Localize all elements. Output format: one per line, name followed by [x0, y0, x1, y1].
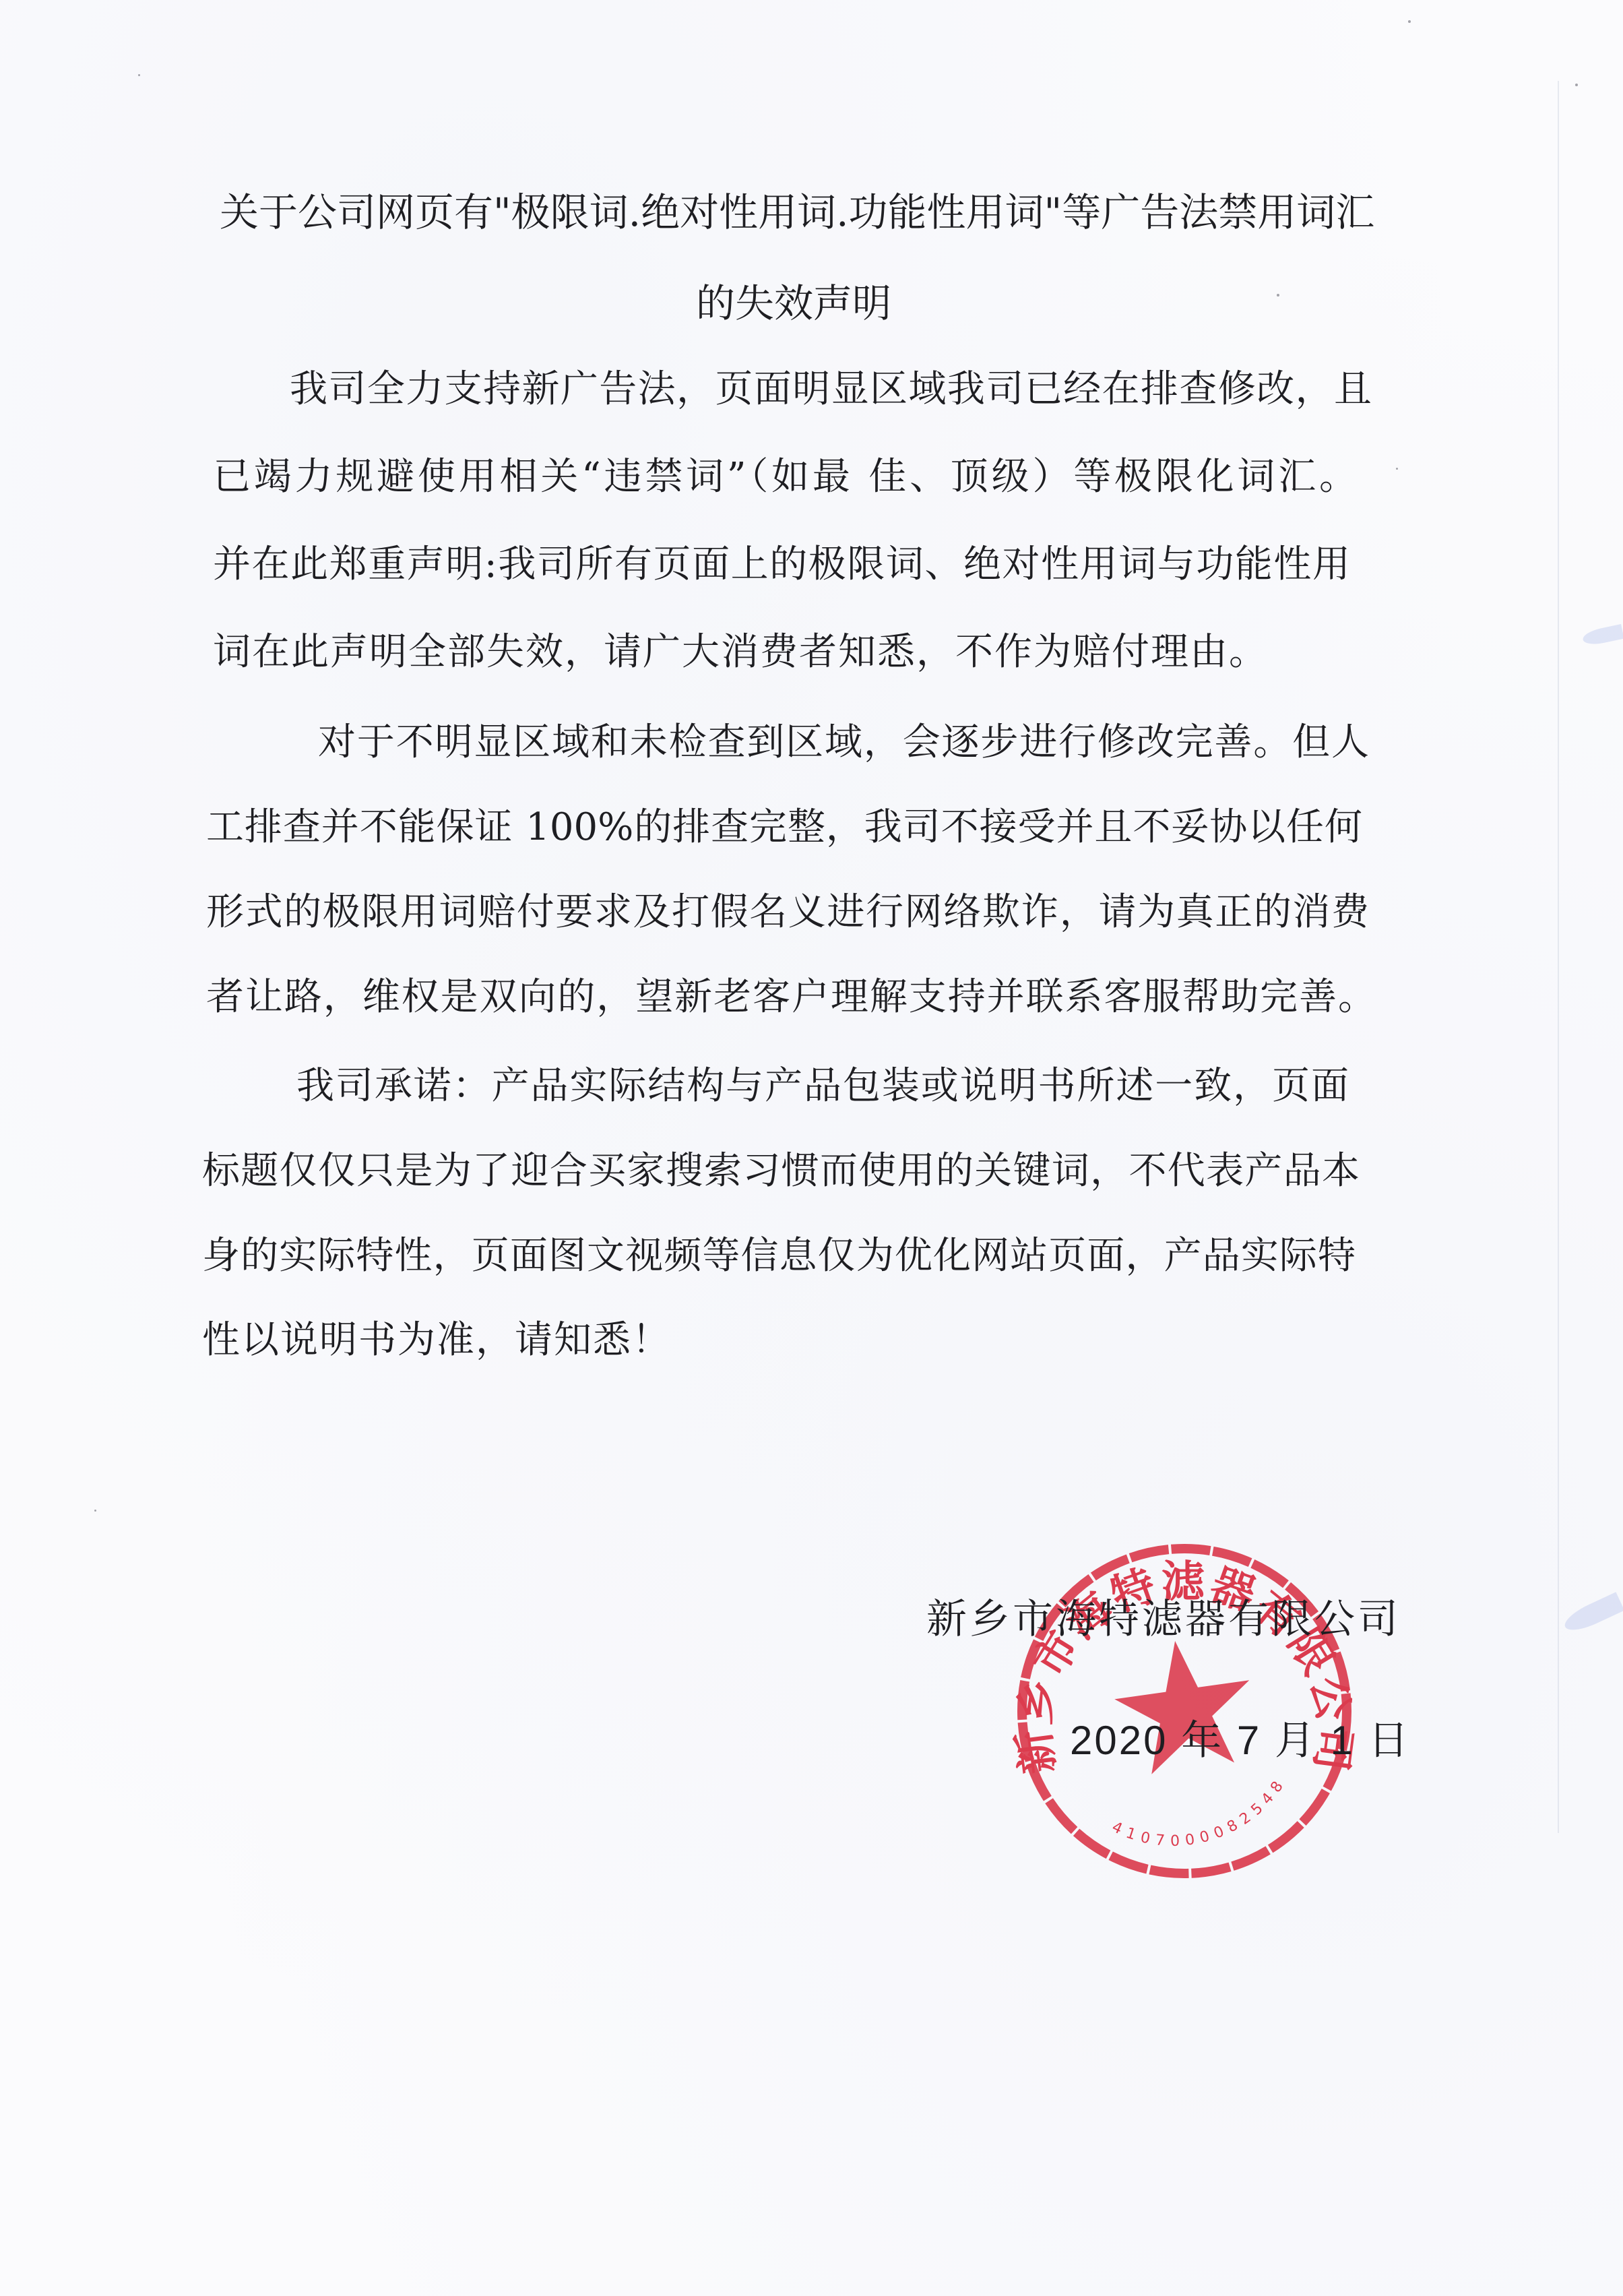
scan-artifact-mark — [1581, 624, 1623, 647]
scan-artifact-mark — [1561, 1592, 1623, 1636]
company-seal: 新乡市海特滤器有限公司 4107000082548 — [1013, 1539, 1356, 1883]
document-title-line-1: 关于公司网页有"极限词.绝对性用词.功能性用词"等广告法禁用词汇 — [220, 191, 1369, 234]
scan-speck — [1277, 294, 1279, 297]
paragraph-2-line-4: 者让路，维权是双向的，望新老客户理解支持并联系客服帮助完善。 — [206, 976, 1376, 1019]
document-title-line-2: 的失效声明 — [696, 282, 891, 325]
paragraph-2-line-1: 对于不明显区域和未检查到区域，会逐步进行修改完善。但人 — [318, 721, 1369, 764]
paragraph-1-line-1: 我司全力支持新广告法，页面明显区域我司已经在排查修改，且 — [290, 368, 1372, 411]
scan-artifact-line — [1558, 81, 1559, 1833]
paragraph-3-line-4: 性以说明书为准，请知悉！ — [202, 1319, 671, 1362]
paragraph-3-line-1: 我司承诺：产品实际结构与产品包装或说明书所述一致，页面 — [296, 1065, 1349, 1108]
paragraph-1-line-3: 并在此郑重声明:我司所有页面上的极限词、绝对性用词与功能性用 — [213, 543, 1350, 586]
signature-company-name: 新乡市海特滤器有限公司 — [926, 1596, 1401, 1639]
scanned-page: 关于公司网页有"极限词.绝对性用词.功能性用词"等广告法禁用词汇 的失效声明 我… — [0, 0, 1623, 2296]
paragraph-1-line-2: 已竭力规避使用相关“违禁词”（如最 佳、顶级）等极限化词汇。 — [213, 456, 1357, 499]
scan-speck — [1575, 84, 1578, 86]
seal-graphic: 新乡市海特滤器有限公司 4107000082548 — [1013, 1539, 1356, 1883]
paragraph-2-line-3: 形式的极限用词赔付要求及打假名义进行网络欺诈，请为真正的消费 — [206, 891, 1369, 934]
paragraph-3-line-3: 身的实际特性，页面图文视频等信息仅为优化网站页面，产品实际特 — [202, 1235, 1356, 1278]
paragraph-1-line-4: 词在此声明全部失效，请广大消费者知悉，不作为赔付理由。 — [213, 631, 1268, 674]
paragraph-2-line-2: 工排查并不能保证 100%的排查完整，我司不接受并且不妥协以任何 — [206, 806, 1362, 849]
scan-speck — [1408, 20, 1411, 23]
scan-speck — [138, 74, 140, 76]
paragraph-3-line-2: 标题仅仅只是为了迎合买家搜索习惯而使用的关键词，不代表产品本 — [202, 1150, 1360, 1193]
seal-number: 4107000082548 — [1109, 1774, 1290, 1850]
scan-speck — [94, 1510, 96, 1512]
scan-speck — [1396, 468, 1398, 470]
signature-date: 2020 年 7 月 1 日 — [1070, 1717, 1411, 1760]
